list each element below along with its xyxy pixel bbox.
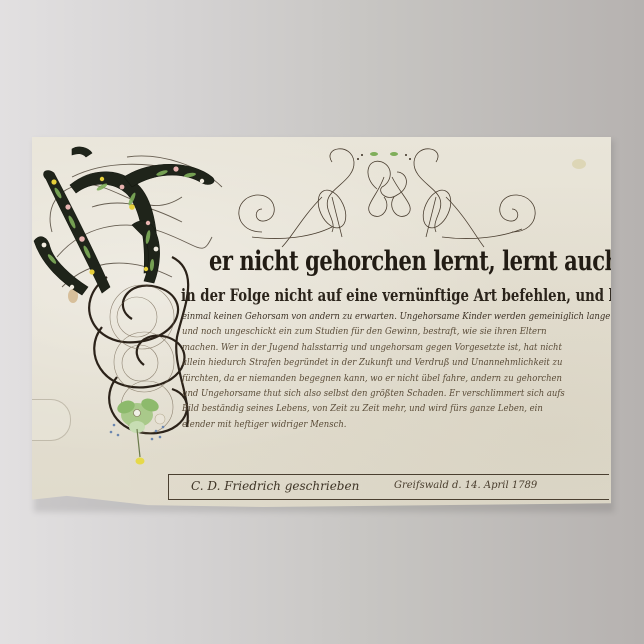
signature-name: C. D. Friedrich geschrieben bbox=[191, 479, 359, 493]
handwritten-body: einmal keinen Gehorsam von andern zu erw… bbox=[182, 309, 611, 432]
handwritten-line: elender mit heftiger widriger Mensch. bbox=[182, 417, 610, 432]
second-line-text: in der Folge nicht auf eine vernünftige … bbox=[181, 285, 602, 307]
flower-bouquet bbox=[110, 396, 165, 464]
handwritten-line: und noch ungeschickt ein zum Studien für… bbox=[182, 324, 610, 339]
handwritten-line: Bild beständig seines Lebens, von Zeit z… bbox=[182, 401, 610, 416]
handwritten-line: einmal keinen Gehorsam von andern zu erw… bbox=[182, 309, 610, 324]
signature-place-date: Greifswald d. 14. April 1789 bbox=[394, 480, 537, 491]
handwritten-line: machen. Wer in der Jugend halsstarrig un… bbox=[182, 340, 610, 355]
handwritten-line: und Ungehorsame thut sich also selbst de… bbox=[182, 386, 610, 401]
handwritten-line: fürchten, da er niemanden begegnen kann,… bbox=[182, 371, 610, 386]
headline-text: er nicht gehorchen lernt, lernt auch bbox=[209, 246, 521, 278]
handwritten-line: allein hiedurch Strafen begründet in der… bbox=[182, 355, 610, 370]
manuscript-sheet: er nicht gehorchen lernt, lernt auch in … bbox=[32, 137, 611, 507]
signature-box: C. D. Friedrich geschrieben Greifswald d… bbox=[168, 474, 609, 500]
